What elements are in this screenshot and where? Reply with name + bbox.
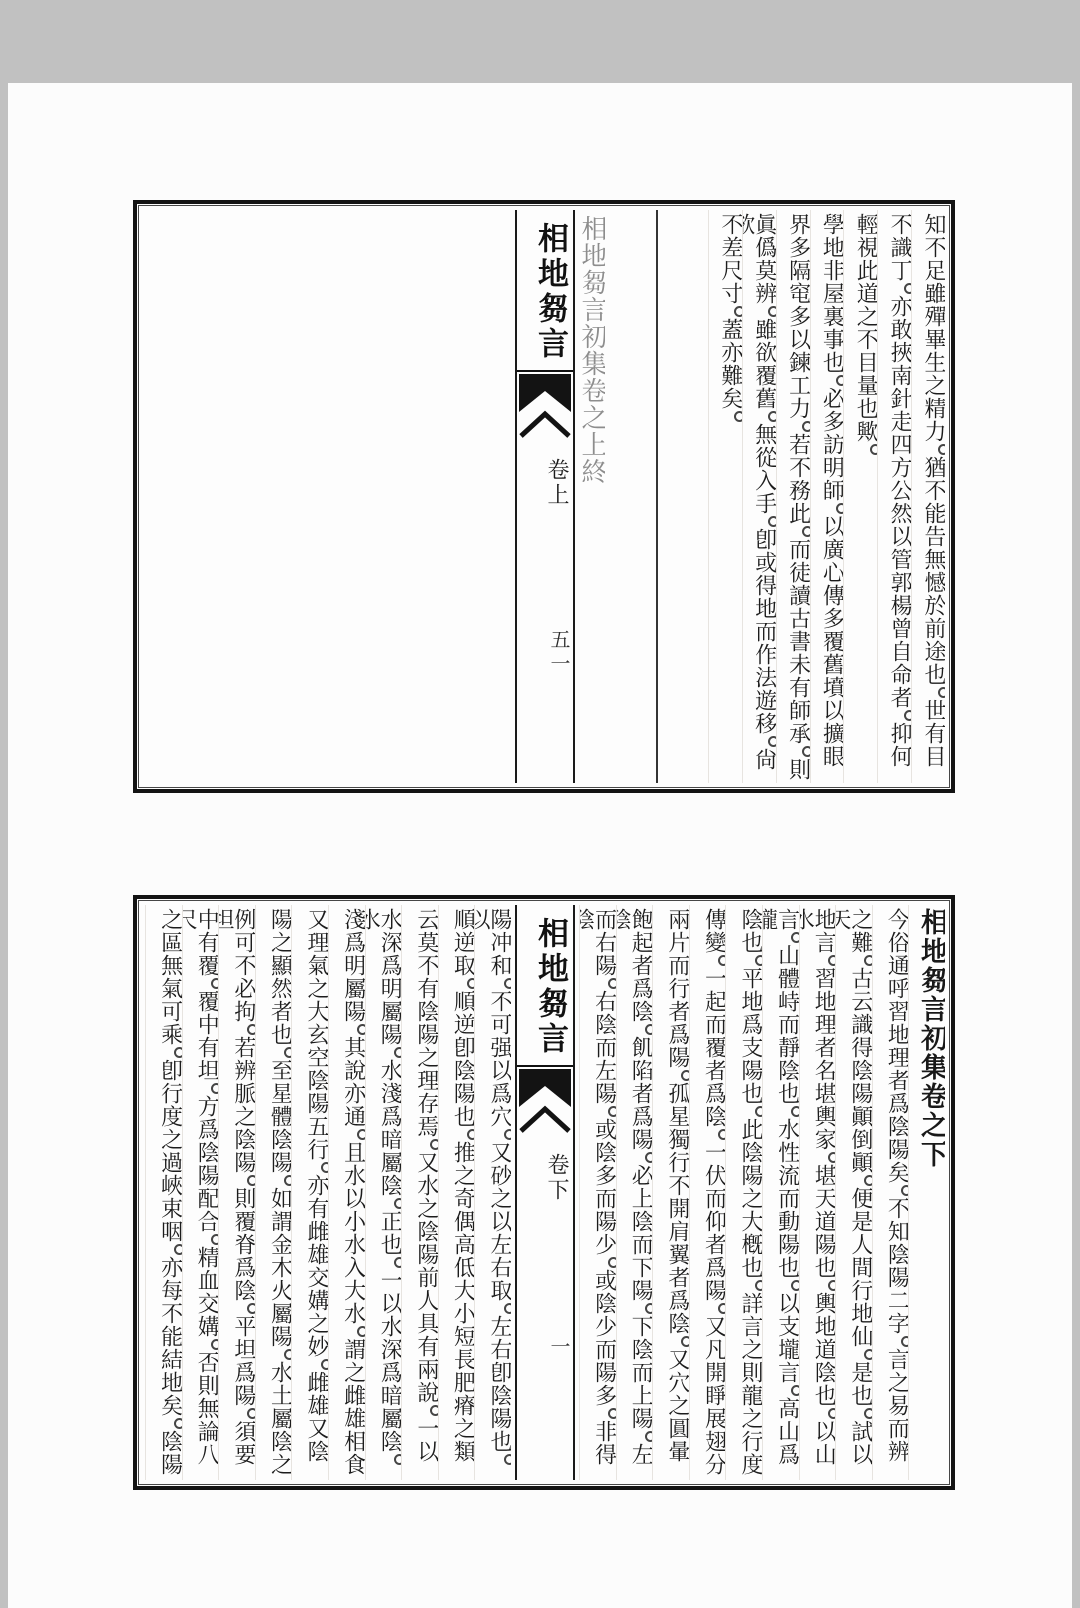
glyph: 陰 xyxy=(488,1384,511,1407)
glyph: 足 xyxy=(922,259,945,282)
glyph: 焉 xyxy=(415,1115,438,1138)
reading-mark xyxy=(174,1418,182,1429)
glyph: 穴 xyxy=(666,1371,689,1394)
glyph: 右 xyxy=(593,931,616,954)
glyph: 終 xyxy=(579,458,605,485)
glyph: 中 xyxy=(195,908,218,931)
banxin-column-bottom: 相地芻言 卷下 一 xyxy=(515,905,575,1480)
reading-mark xyxy=(755,1106,763,1117)
glyph: 合 xyxy=(195,1210,218,1233)
glyph: 正 xyxy=(378,1210,401,1233)
glyph: 雌 xyxy=(305,1371,328,1394)
glyph: 例 xyxy=(232,908,255,931)
glyph: 陰 xyxy=(268,1430,291,1453)
glyph: 難 xyxy=(849,931,872,954)
glyph: 多 xyxy=(593,1384,616,1407)
glyph: 無 xyxy=(753,423,776,446)
reading-mark xyxy=(718,1129,726,1140)
glyph: 理 xyxy=(885,1046,908,1069)
glyph: 强 xyxy=(488,1036,511,1059)
glyph: 者 xyxy=(268,1000,291,1023)
glyph: 遊 xyxy=(753,689,776,712)
glyph: 陰 xyxy=(415,1000,438,1023)
glyph: 峙 xyxy=(776,990,799,1013)
glyph: 氣 xyxy=(159,977,182,1000)
fishtail-icon xyxy=(517,374,573,440)
glyph: 右 xyxy=(488,1256,511,1279)
glyph: 也 xyxy=(849,1384,872,1407)
glyph: 以 xyxy=(820,699,843,722)
glyph: 龍 xyxy=(739,1384,762,1407)
reading-mark xyxy=(394,1454,402,1465)
reading-mark xyxy=(321,1162,329,1173)
glyph: 也 xyxy=(451,1105,474,1128)
reading-mark xyxy=(357,1024,365,1035)
glyph: 非 xyxy=(593,1420,616,1443)
reading-mark xyxy=(645,1024,653,1035)
glyph: 卽 xyxy=(488,1361,511,1384)
glyph: 眼 xyxy=(820,745,843,768)
glyph: 陽 xyxy=(593,954,616,977)
glyph: 能 xyxy=(159,1325,182,1348)
reading-mark xyxy=(174,1047,182,1058)
glyph: 屬 xyxy=(342,977,365,1000)
glyph: 卷 xyxy=(579,377,605,404)
glyph: 而 xyxy=(787,538,810,561)
glyph: 人 xyxy=(849,1233,872,1256)
reading-mark xyxy=(791,1106,799,1117)
glyph: 非 xyxy=(820,259,843,282)
glyph: 辨 xyxy=(753,282,776,305)
glyph: 不 xyxy=(415,954,438,977)
glyph: 水 xyxy=(268,1361,291,1384)
glyph: 翅 xyxy=(702,1430,725,1453)
glyph: 隔 xyxy=(787,259,810,282)
reading-mark xyxy=(836,375,844,386)
fishtail-icon xyxy=(517,1069,573,1135)
reading-mark xyxy=(904,710,912,721)
glyph: 自 xyxy=(888,640,911,663)
glyph: 而 xyxy=(702,1187,725,1210)
reading-mark xyxy=(394,1047,402,1058)
glyph: 咽 xyxy=(159,1220,182,1243)
glyph: 差 xyxy=(719,236,742,259)
glyph: 堪 xyxy=(812,1082,835,1105)
glyph: 媾 xyxy=(195,1315,218,1338)
glyph: 目 xyxy=(854,351,877,374)
glyph: 傳 xyxy=(820,584,843,607)
glyph: 以 xyxy=(488,1059,511,1082)
reading-mark xyxy=(467,1129,475,1140)
glyph: 以 xyxy=(888,525,911,548)
reading-mark xyxy=(768,516,776,527)
glyph: 雄 xyxy=(342,1407,365,1430)
glyph: 支 xyxy=(739,1036,762,1059)
glyph: 靜 xyxy=(776,1036,799,1059)
glyph: 飢 xyxy=(629,1036,652,1059)
glyph: 而 xyxy=(666,954,689,977)
glyph: 言 xyxy=(885,1348,908,1371)
glyph: 則 xyxy=(787,758,810,781)
glyph: 而 xyxy=(593,1036,616,1059)
glyph: 大 xyxy=(739,1210,762,1233)
glyph: 覆 xyxy=(702,1036,725,1059)
glyph: 陽 xyxy=(739,1059,762,1082)
glyph: 者 xyxy=(888,686,911,709)
glyph: 行 xyxy=(159,1082,182,1105)
glyph: 承 xyxy=(787,722,810,745)
glyph: 之 xyxy=(305,977,328,1000)
glyph: 至 xyxy=(268,1059,291,1082)
glyph: 陰 xyxy=(593,1141,616,1164)
glyph: 陽 xyxy=(885,1266,908,1289)
glyph: 而 xyxy=(593,1187,616,1210)
glyph: 之 xyxy=(159,1128,182,1151)
glyph: 易 xyxy=(885,1394,908,1417)
glyph: 大 xyxy=(342,1279,365,1302)
glyph: 從 xyxy=(753,446,776,469)
glyph: 拘 xyxy=(232,1000,255,1023)
glyph: 集 xyxy=(917,1053,945,1082)
glyph: 公 xyxy=(888,479,911,502)
glyph: 陰 xyxy=(305,1069,328,1092)
banxin-chapter-label: 卷下 xyxy=(517,1143,573,1213)
glyph: 陽 xyxy=(849,1082,872,1105)
glyph: 方 xyxy=(195,1095,218,1118)
text-column: 知不足雖殫畢生之精力猶不能告無憾於前途也世有目 xyxy=(911,210,945,783)
glyph: 告 xyxy=(922,525,945,548)
glyph: 或 xyxy=(753,551,776,574)
glyph: 丁 xyxy=(888,259,911,282)
glyph: 交 xyxy=(305,1266,328,1289)
glyph: 者 xyxy=(629,1082,652,1105)
glyph: 土 xyxy=(268,1384,291,1407)
glyph: 而 xyxy=(629,1233,652,1256)
glyph: 區 xyxy=(159,931,182,954)
text-column: 飽起者爲陰飢陷者爲陽必上陰而下陽下陰而上陽左陰 xyxy=(616,905,653,1480)
glyph: 陽 xyxy=(195,1164,218,1187)
reading-mark xyxy=(645,1303,653,1314)
glyph: 水 xyxy=(378,908,401,931)
glyph: 淺 xyxy=(378,1082,401,1105)
glyph: 左 xyxy=(629,1443,652,1466)
glyph: 之 xyxy=(268,931,291,954)
glyph: 之 xyxy=(854,305,877,328)
glyph: 也 xyxy=(776,1082,799,1105)
reading-mark xyxy=(247,1175,255,1186)
glyph: 力 xyxy=(787,397,810,420)
banxin-chapter-label: 卷上 xyxy=(517,448,573,518)
reading-mark xyxy=(430,1405,438,1416)
glyph: 穴 xyxy=(488,1105,511,1128)
glyph: 逆 xyxy=(451,1013,474,1036)
reading-mark xyxy=(284,1047,292,1058)
glyph: 相 xyxy=(917,908,945,937)
reading-mark xyxy=(645,1152,653,1163)
glyph: 抑 xyxy=(888,722,911,745)
glyph: 陽 xyxy=(629,1128,652,1151)
glyph: 星 xyxy=(666,1105,689,1128)
glyph: 說 xyxy=(415,1381,438,1404)
glyph: 方 xyxy=(888,456,911,479)
glyph: 也 xyxy=(378,1233,401,1256)
glyph: 又 xyxy=(488,1141,511,1164)
glyph: 亦 xyxy=(159,1256,182,1279)
glyph: 呼 xyxy=(885,977,908,1000)
glyph: 屬 xyxy=(268,1302,291,1325)
glyph: 山 xyxy=(776,1420,799,1443)
glyph: 爲 xyxy=(378,1105,401,1128)
glyph: 何 xyxy=(888,745,911,768)
glyph: 南 xyxy=(888,364,911,387)
glyph: 開 xyxy=(702,1361,725,1384)
glyph: 者 xyxy=(702,1059,725,1082)
glyph: 獨 xyxy=(666,1128,689,1151)
glyph: 道 xyxy=(812,1210,835,1233)
glyph: 陽 xyxy=(593,1361,616,1384)
reading-mark xyxy=(864,955,872,966)
glyph: 孤 xyxy=(666,1082,689,1105)
banxin-book-title: 相地芻言 xyxy=(517,911,573,1063)
glyph: 亦 xyxy=(342,1082,365,1105)
glyph: 而 xyxy=(593,908,616,931)
glyph: 中 xyxy=(195,1013,218,1036)
glyph: 天 xyxy=(812,1187,835,1210)
glyph: 雖 xyxy=(753,318,776,341)
glyph: 度 xyxy=(739,1453,762,1476)
glyph: 目 xyxy=(922,745,945,768)
glyph: 陽 xyxy=(739,1164,762,1187)
glyph: 不 xyxy=(488,990,511,1013)
folio-frame-bottom-inner-border: 相地芻言初集卷之下今俗通呼習地理者爲陰陽矣不知陰陽二字言之易而辨之難古云識得陰陽… xyxy=(138,900,950,1485)
text-column: 之區無氣可乘卽行度之過峽束咽亦每不能結地矣陰陽 xyxy=(145,905,182,1480)
glyph: 必 xyxy=(629,1164,652,1187)
glyph: 陰 xyxy=(159,1430,182,1453)
glyph: 陷 xyxy=(629,1059,652,1082)
glyph: 說 xyxy=(342,1059,365,1082)
glyph: 以 xyxy=(488,1210,511,1233)
glyph: 地 xyxy=(579,242,605,269)
reading-mark xyxy=(768,306,776,317)
reading-mark xyxy=(211,1234,219,1245)
glyph: 有 xyxy=(415,977,438,1000)
glyph: 之 xyxy=(415,1046,438,1069)
text-column: 陰也平地爲支陽也此陰陽之大槪也詳言之則龍之行度 xyxy=(725,905,762,1480)
glyph: 卽 xyxy=(451,1036,474,1059)
reading-mark xyxy=(504,1129,512,1140)
glyph: 謂 xyxy=(268,1210,291,1233)
glyph: 然 xyxy=(888,502,911,525)
glyph: 爲 xyxy=(232,1361,255,1384)
glyph: 楊 xyxy=(888,594,911,617)
glyph: 地 xyxy=(849,1302,872,1325)
glyph: 陰 xyxy=(629,1210,652,1233)
glyph: 二 xyxy=(885,1289,908,1312)
glyph: 山 xyxy=(776,944,799,967)
glyph: 眞 xyxy=(753,213,776,236)
glyph: 地 xyxy=(753,597,776,620)
reading-mark xyxy=(864,1349,872,1360)
reading-mark xyxy=(864,1408,872,1419)
glyph: 舊 xyxy=(753,387,776,410)
glyph: 不 xyxy=(719,213,742,236)
glyph: 陽 xyxy=(305,1092,328,1115)
glyph: 暗 xyxy=(378,1128,401,1151)
glyph: 否 xyxy=(195,1351,218,1374)
glyph: 性 xyxy=(776,1141,799,1164)
glyph: 之 xyxy=(342,1361,365,1384)
reading-mark xyxy=(608,1257,616,1268)
glyph: 右 xyxy=(488,1338,511,1361)
reading-mark xyxy=(247,1024,255,1035)
text-column: 陽冲和不可强以爲穴又砂之以左右取左右卽陰陽也以 xyxy=(474,905,511,1480)
bottom-left-page-text: 陽冲和不可强以爲穴又砂之以左右取左右卽陰陽也以順逆取順逆卽陰陽也推之奇偶高低大小… xyxy=(145,905,511,1480)
glyph: 命 xyxy=(888,663,911,686)
reading-mark xyxy=(768,736,776,747)
glyph: 顯 xyxy=(268,954,291,977)
reading-mark xyxy=(718,1303,726,1314)
reading-mark xyxy=(608,978,616,989)
text-column: 今俗通呼習地理者爲陰陽矣不知陰陽二字言之易而辨 xyxy=(872,905,909,1480)
glyph: 坦 xyxy=(218,908,235,931)
glyph: 前 xyxy=(922,617,945,640)
glyph: 以 xyxy=(342,1187,365,1210)
glyph: 陰 xyxy=(702,1105,725,1128)
reading-mark xyxy=(734,411,742,422)
glyph: 雄 xyxy=(305,1394,328,1417)
glyph: 可 xyxy=(488,1013,511,1036)
reading-mark xyxy=(430,1139,438,1150)
glyph: 上 xyxy=(629,1187,652,1210)
glyph: 量 xyxy=(854,374,877,397)
glyph: 作 xyxy=(753,643,776,666)
reading-mark xyxy=(828,1280,836,1291)
glyph: 伏 xyxy=(702,1164,725,1187)
glyph: 世 xyxy=(922,699,945,722)
glyph: 之 xyxy=(268,1453,291,1476)
glyph: 讀 xyxy=(787,584,810,607)
reading-mark xyxy=(467,978,475,989)
glyph: 若 xyxy=(787,433,810,456)
glyph: 支 xyxy=(776,1315,799,1338)
glyph: 配 xyxy=(195,1187,218,1210)
glyph: 而 xyxy=(776,1187,799,1210)
glyph: 不 xyxy=(922,479,945,502)
glyph: 陰 xyxy=(415,1220,438,1243)
glyph: 束 xyxy=(159,1197,182,1220)
glyph: 水 xyxy=(776,1118,799,1141)
glyph: 工 xyxy=(787,374,810,397)
glyph: 針 xyxy=(888,387,911,410)
glyph: 上 xyxy=(579,431,605,458)
glyph: 和 xyxy=(488,954,511,977)
glyph: 暈 xyxy=(666,1440,689,1463)
glyph: 務 xyxy=(787,479,810,502)
text-column: 輕視此道之不目量也歟 xyxy=(843,210,877,783)
glyph: 言 xyxy=(739,1315,762,1338)
reading-mark xyxy=(504,1454,512,1465)
glyph: 陰 xyxy=(812,1361,835,1384)
glyph: 爲 xyxy=(629,1105,652,1128)
glyph: 卽 xyxy=(753,528,776,551)
glyph: 陰 xyxy=(378,1174,401,1197)
glyph: 以 xyxy=(776,1292,799,1315)
glyph: 地 xyxy=(739,990,762,1013)
reading-mark xyxy=(791,932,799,943)
glyph: 瘠 xyxy=(451,1394,474,1417)
glyph: 欲 xyxy=(753,341,776,364)
glyph: 於 xyxy=(922,594,945,617)
glyph: 也 xyxy=(812,1384,835,1407)
glyph: 事 xyxy=(820,328,843,351)
glyph: 陰 xyxy=(666,1312,689,1335)
glyph: 陽 xyxy=(268,908,291,931)
glyph: 陰 xyxy=(451,1059,474,1082)
glyph: 界 xyxy=(787,213,810,236)
glyph: 理 xyxy=(812,1013,835,1036)
glyph: 初 xyxy=(579,323,605,350)
glyph: 地 xyxy=(812,990,835,1013)
glyph: 屬 xyxy=(268,1407,291,1430)
glyph: 低 xyxy=(451,1256,474,1279)
glyph: 通 xyxy=(342,1105,365,1128)
glyph: 猶 xyxy=(922,456,945,479)
glyph: 深 xyxy=(378,931,401,954)
glyph: 也 xyxy=(820,351,843,374)
reading-mark xyxy=(938,444,946,455)
reading-mark xyxy=(802,746,810,757)
glyph: 初 xyxy=(917,1024,945,1053)
glyph: 仙 xyxy=(849,1325,872,1348)
glyph: 翼 xyxy=(666,1243,689,1266)
glyph: 憾 xyxy=(922,571,945,594)
glyph: 地 xyxy=(820,236,843,259)
glyph: 入 xyxy=(342,1256,365,1279)
glyph: 水 xyxy=(799,908,816,931)
glyph: 之 xyxy=(159,908,182,931)
glyph: 而 xyxy=(776,1013,799,1036)
glyph: 可 xyxy=(232,931,255,954)
glyph: 理 xyxy=(305,931,328,954)
glyph: 則 xyxy=(232,1187,255,1210)
glyph: 歟 xyxy=(854,420,877,443)
glyph: 覆 xyxy=(232,1210,255,1233)
glyph: 每 xyxy=(159,1279,182,1302)
glyph: 古 xyxy=(787,607,810,630)
glyph: 難 xyxy=(719,364,742,387)
glyph: 行 xyxy=(666,977,689,1000)
glyph: 陰 xyxy=(739,908,762,931)
glyph: 視 xyxy=(854,236,877,259)
glyph: 尺 xyxy=(719,259,742,282)
glyph: 脊 xyxy=(232,1233,255,1256)
reading-mark xyxy=(828,955,836,966)
glyph: 知 xyxy=(922,213,945,236)
glyph: 左 xyxy=(488,1233,511,1256)
glyph: 途 xyxy=(922,640,945,663)
glyph: 水 xyxy=(378,1315,401,1338)
glyph: 有 xyxy=(415,1335,438,1358)
glyph: 有 xyxy=(305,1197,328,1220)
glyph: 有 xyxy=(922,722,945,745)
glyph: 水 xyxy=(342,1233,365,1256)
glyph: 血 xyxy=(195,1269,218,1292)
reading-mark xyxy=(718,955,726,966)
glyph: 法 xyxy=(753,666,776,689)
glyph: 有 xyxy=(195,1036,218,1059)
text-column: 之難古云識得陰陽顚倒顚便是人間行地仙是也試以天 xyxy=(835,905,872,1480)
glyph: 槪 xyxy=(739,1233,762,1256)
